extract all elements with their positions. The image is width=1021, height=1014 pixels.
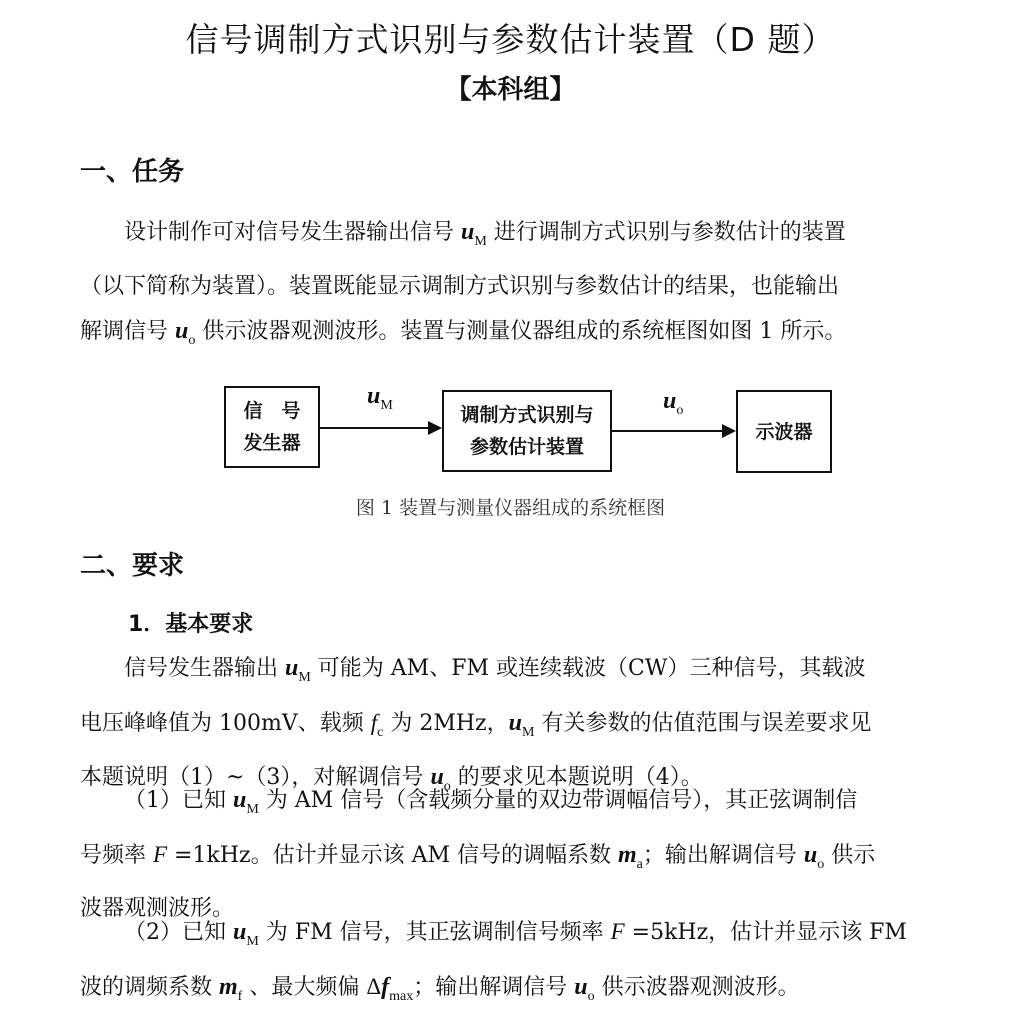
- task-line-1: 设计制作可对信号发生器输出信号 uM 进行调制方式识别与参数估计的装置: [80, 210, 945, 265]
- requirement-item-2: （2）已知 uM 为 FM 信号，其正弦调制信号频率 F =5kHz，估计并显示…: [80, 910, 945, 1014]
- item2-line-2: 波的调频系数 mf 、最大频偏 Δfmax；输出解调信号 uo 供示波器观测波形…: [80, 965, 945, 1014]
- arrow-head-icon: [428, 421, 442, 435]
- arrow-head-icon: [722, 424, 736, 438]
- signal-label-uo: uo: [663, 388, 683, 419]
- intro-line-1: 信号发生器输出 uM 可能为 AM、FM 或连续载波（CW）三种信号，其载波: [80, 646, 945, 701]
- oscilloscope-box: 示波器: [736, 390, 832, 473]
- section-heading-task: 一、任务: [80, 154, 184, 190]
- box-label: 信 号: [243, 395, 300, 427]
- subsection-heading-basic: 1．基本要求: [128, 610, 253, 640]
- box-label: 发生器: [243, 427, 300, 459]
- figure-caption: 图 1 装置与测量仪器组成的系统框图: [0, 494, 1021, 522]
- requirement-item-1: （1）已知 uM 为 AM 信号（含载频分量的双边带调幅信号），其正弦调制信 号…: [80, 778, 945, 932]
- box-label: 参数估计装置: [470, 431, 584, 463]
- task-line-3: 解调信号 uo 供示波器观测波形。装置与测量仪器组成的系统框图如图 1 所示。: [80, 309, 945, 364]
- task-paragraph: 设计制作可对信号发生器输出信号 uM 进行调制方式识别与参数估计的装置 （以下简…: [80, 210, 945, 364]
- box-label: 示波器: [755, 416, 812, 448]
- section-heading-requirements: 二、要求: [80, 548, 184, 584]
- intro-line-2: 电压峰峰值为 100mV、载频 fc 为 2MHz，uM 有关参数的估值范围与误…: [80, 701, 945, 756]
- arrow-line: [612, 430, 724, 432]
- signal-label-um: uM: [367, 383, 393, 414]
- item1-line-1: （1）已知 uM 为 AM 信号（含载频分量的双边带调幅信号），其正弦调制信: [80, 778, 945, 833]
- arrow-line: [320, 427, 430, 429]
- item1-line-2: 号频率 F =1kHz。估计并显示该 AM 信号的调幅系数 ma；输出解调信号 …: [80, 833, 945, 888]
- signal-generator-box: 信 号 发生器: [224, 386, 320, 468]
- recognition-device-box: 调制方式识别与 参数估计装置: [442, 390, 612, 472]
- task-line-2: （以下简称为装置）。装置既能显示调制方式识别与参数估计的结果，也能输出: [80, 265, 945, 310]
- box-label: 调制方式识别与: [460, 399, 593, 431]
- item2-line-1: （2）已知 uM 为 FM 信号，其正弦调制信号频率 F =5kHz，估计并显示…: [80, 910, 945, 965]
- document-subtitle: 【本科组】: [0, 72, 1021, 108]
- document-title: 信号调制方式识别与参数估计装置（D 题）: [0, 18, 1021, 62]
